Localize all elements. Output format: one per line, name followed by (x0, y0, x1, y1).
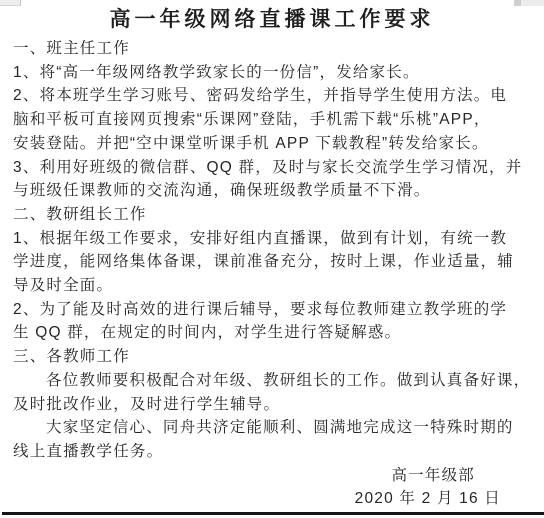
section-heading: 二、教研组长工作 (13, 203, 531, 227)
document-content: 高一年级网络直播课工作要求 一、班主任工作 1、将“高一年级网络教学致家长的一份… (0, 0, 544, 511)
text-line: 安装登陆。并把“空中课堂听课手机 APP 下载教程”转发给家长。 (13, 132, 531, 156)
section-heading: 一、班主任工作 (13, 37, 531, 61)
text-line: 1、将“高一年级网络教学致家长的一份信”，发给家长。 (13, 61, 531, 85)
text-line: 1、根据年级工作要求，安排好组内直播课，做到有计划，有统一教 (13, 227, 531, 251)
text-line: 2、将本班学生学习账号、密码发给学生，并指导学生使用方法。电 (13, 84, 531, 108)
bottom-border-rule (2, 512, 544, 515)
text-line: 大家坚定信心、同舟共济定能顺利、圆满地完成这一特殊时期的 (13, 416, 531, 440)
text-line: 导及时全面。 (13, 274, 531, 298)
text-line: 学进度，能网络集体备课，课前准备充分，按时上课，作业适量，辅 (13, 250, 531, 274)
text-line: 3、利用好班级的微信群、QQ 群，及时与家长交流学生学习情况，并 (13, 156, 531, 180)
text-line: 与班级任课教师的交流沟通，确保班级教学质量不下滑。 (13, 179, 531, 203)
text-line: 生 QQ 群，在规定的时间内，对学生进行答疑解惑。 (13, 321, 531, 345)
section-heading: 三、各教师工作 (13, 345, 531, 369)
text-line: 及时批改作业，及时进行学生辅导。 (13, 393, 531, 417)
scrollbar-fragment (514, 0, 521, 6)
document-page: 高一年级网络直播课工作要求 一、班主任工作 1、将“高一年级网络教学致家长的一份… (0, 0, 544, 518)
text-line: 线上直播教学任务。 (13, 440, 531, 464)
window-edge-fragment-left (0, 0, 21, 6)
text-line: 脑和平板可直接网页搜索“乐课网”登陆，手机需下载“乐桃”APP， (13, 108, 531, 132)
document-title: 高一年级网络直播课工作要求 (13, 6, 531, 34)
text-line: 各位教师要积极配合对年级、教研组长的工作。做到认真备好课， (13, 369, 531, 393)
date-line: 2020 年 2 月 16 日 (13, 487, 531, 511)
text-line: 2、为了能及时高效的进行课后辅导，要求每位教师建立教学班的学 (13, 298, 531, 322)
signature: 高一年级部 (13, 464, 531, 488)
